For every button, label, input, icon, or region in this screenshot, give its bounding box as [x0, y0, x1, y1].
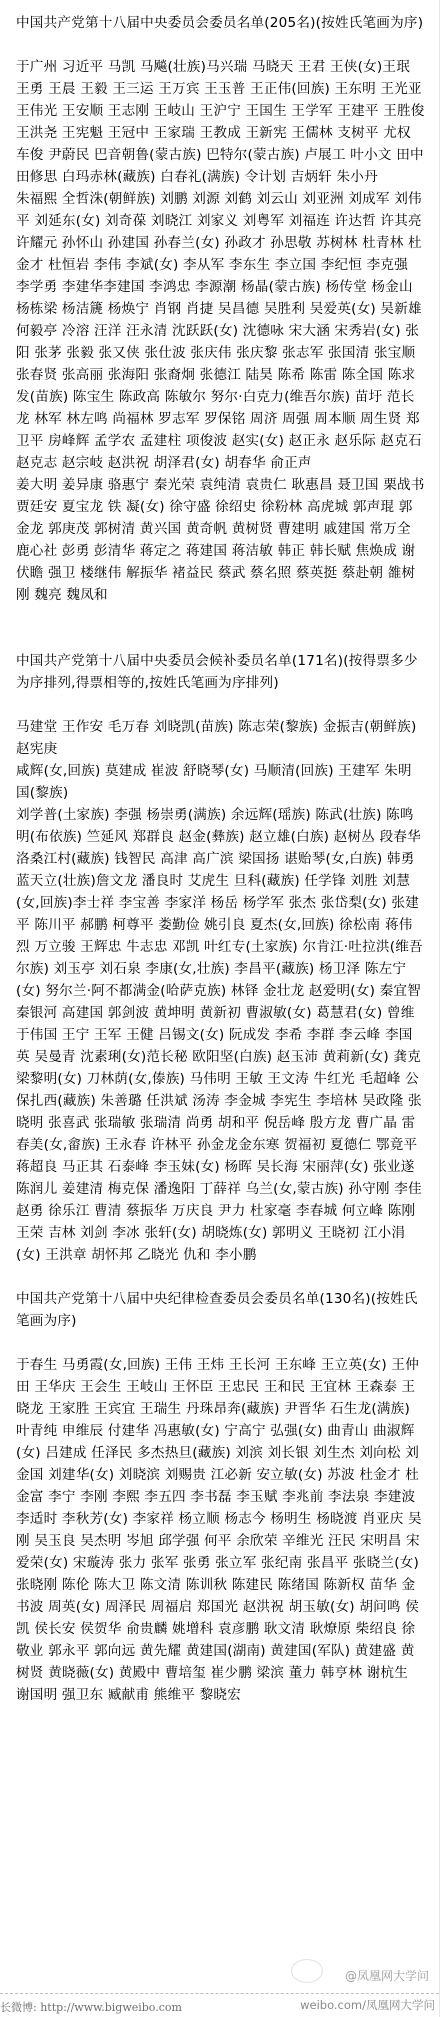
- central-committee-names-3: 姜大明 姜异康 骆惠宁 秦光荣 袁纯清 袁贵仁 耿惠昌 聂卫国 栗战书 贾廷安 …: [16, 474, 425, 606]
- weibo-watermark: @凤凰网大学问: [271, 1957, 431, 1993]
- weibo-logo-icon: [291, 1959, 323, 1983]
- alternate-members-names-2: 咸辉(女,回族) 莫建成 崔波 舒晓琴(女) 马顺清(回族) 王建军 朱明国(黎…: [16, 760, 425, 804]
- footer: @凤凰网大学问 长微博: http://www.bigweibo.com wei…: [0, 1957, 439, 2017]
- bigweibo-link[interactable]: 长微博: http://www.bigweibo.com: [0, 1999, 182, 2015]
- section-title-central-committee: 中国共产党第十八届中央委员会委员名单(205名)(按姓氏笔画为序): [16, 12, 425, 34]
- alternate-members-names-1: 马建堂 王作安 毛万春 刘晓凯(苗族) 陈志荣(黎族) 金振吉(朝鲜族) 赵宪庚: [16, 716, 425, 760]
- section-title-alternate-members: 中国共产党第十八届中央委员会候补委员名单(171名)(按得票多少为序排列,得票相…: [16, 650, 425, 694]
- central-committee-names-1: 于广州 习近平 马凯 马飚(壮族)马兴瑞 马晓天 王君 王侠(女)王珉 王勇 王…: [16, 56, 425, 188]
- weibo-source-link[interactable]: weibo.com/凤凰网大学问: [300, 1997, 435, 2013]
- document-body: 中国共产党第十八届中央委员会委员名单(205名)(按姓氏笔画为序) 于广州 习近…: [0, 0, 439, 1706]
- central-committee-names-2: 朱福熙 全哲洙(朝鲜族) 刘鹏 刘源 刘鹤 刘云山 刘亚洲 刘成军 刘伟平 刘延…: [16, 188, 425, 474]
- footer-divider: [0, 1993, 439, 1994]
- alternate-members-names-3: 刘学普(土家族) 李强 杨崇勇(满族) 余远辉(瑶族) 陈武(壮族) 陈鸣明(布…: [16, 804, 425, 1024]
- section-title-discipline-commission: 中国共产党第十八届中央纪律检查委员会委员名单(130名)(按姓氏笔画为序): [16, 1288, 425, 1332]
- discipline-commission-names: 于春生 马勇霞(女,回族) 王伟 王炜 王长河 王东峰 王立英(女) 王仲田 王…: [16, 1354, 425, 1706]
- long-weibo-page: 中国共产党第十八届中央委员会委员名单(205名)(按姓氏笔画为序) 于广州 习近…: [0, 0, 440, 2017]
- watermark-handle: @凤凰网大学问: [345, 1967, 429, 1984]
- alternate-members-names-4: 于伟国 王宁 王军 王健 吕锡文(女) 阮成发 李希 李群 李云峰 李国英 吴曼…: [16, 1024, 425, 1266]
